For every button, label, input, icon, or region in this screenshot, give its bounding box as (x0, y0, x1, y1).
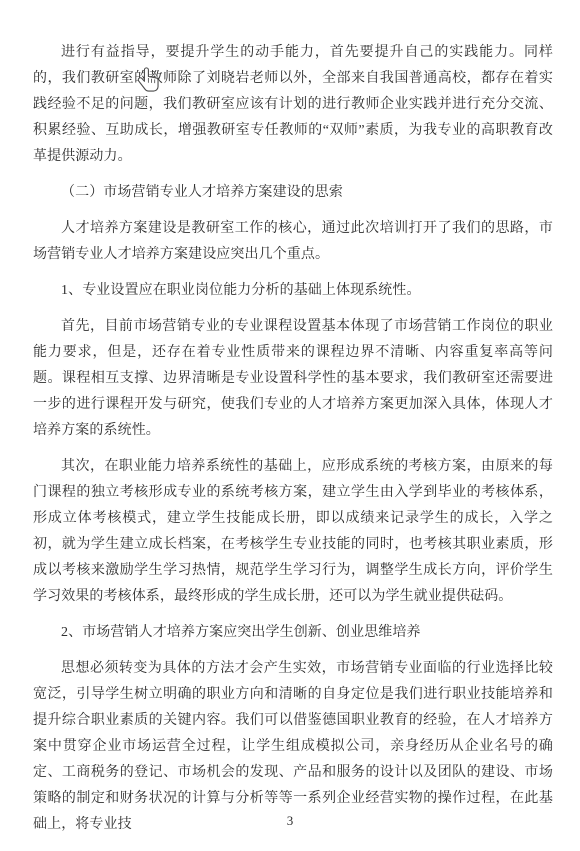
paragraph-plan-core: 人才培养方案建设是教研室工作的核心，通过此次培训打开了我们的思路，市场营销专业人… (33, 216, 553, 268)
paragraph-thought-method: 思想必须转变为具体的方法才会产生实效，市场营销专业面临的行业选择比较宽泛，引导学… (33, 656, 553, 838)
point-2-heading: 2、市场营销人才培养方案应突出学生创新、创业思维培养 (33, 620, 553, 646)
point-1-heading: 1、专业设置应在职业岗位能力分析的基础上体现系统性。 (33, 278, 553, 304)
document-page: 进行有益指导，要提升学生的动手能力，首先要提升自己的实践能力。同样的，我们教研室… (0, 0, 580, 851)
page-number: 3 (0, 813, 580, 829)
paragraph-firstly-courses: 首先，目前市场营销专业的专业课程设置基本体现了市场营销工作岗位的职业能力要求，但… (33, 314, 553, 444)
paragraph-secondly-assessment: 其次，在职业能力培养系统性的基础上，应形成系统的考核方案，由原来的每门课程的独立… (33, 454, 553, 610)
paragraph-teacher-practice: 进行有益指导，要提升学生的动手能力，首先要提升自己的实践能力。同样的，我们教研室… (33, 40, 553, 170)
heading-section-2: （二）市场营销专业人才培养方案建设的思索 (33, 180, 553, 206)
